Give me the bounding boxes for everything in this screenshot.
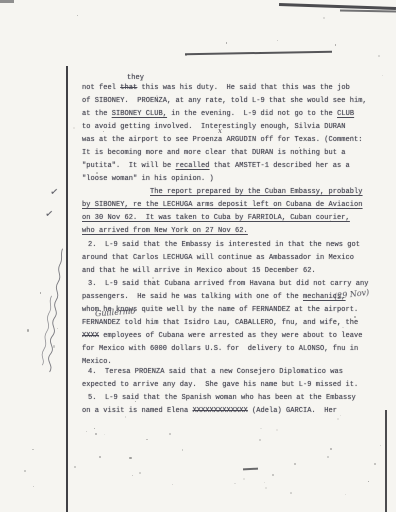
underlined-text: recalled bbox=[176, 162, 210, 170]
typed-text: for Mexico with 6000 dollars U.S. for de… bbox=[82, 345, 358, 353]
noise-speck bbox=[172, 484, 173, 485]
typed-text: 3. L-9 said that Cubana arrived from Hav… bbox=[88, 280, 369, 288]
typed-text: 5. L-9 said that the Spanish woman who h… bbox=[88, 394, 356, 402]
typed-text: in the evening. L-9 did not go to the bbox=[167, 110, 337, 118]
typed-line: 4. Teresa PROENZA said that a new Consej… bbox=[88, 368, 343, 377]
noise-speck bbox=[260, 428, 262, 430]
typed-line: XXXX employees of Cubana were arrested a… bbox=[82, 332, 363, 341]
noise-speck bbox=[74, 466, 76, 468]
noise-speck bbox=[263, 150, 265, 152]
typed-text: this was his duty. He said that this was… bbox=[137, 84, 350, 92]
noise-speck bbox=[24, 470, 26, 472]
margin-check-mark-1: ✓ bbox=[49, 186, 59, 198]
noise-speck bbox=[374, 463, 376, 465]
typed-text: FERNANDEZ told him that Isidro Lau, CABA… bbox=[82, 319, 358, 327]
margin-check-mark-2: ✓ bbox=[44, 208, 54, 220]
typed-line: The report prepared by the Cuban Embassy… bbox=[150, 188, 363, 197]
typed-text: Mexico. bbox=[82, 358, 112, 366]
noise-speck bbox=[146, 439, 148, 441]
typed-line: who arrived from New York on 27 Nov 62. bbox=[82, 227, 248, 236]
typed-text: and that he will arrive in Mexico about … bbox=[82, 267, 316, 275]
typed-line: Mexico. bbox=[82, 358, 112, 367]
typed-line: at the SIBONEY CLUB, in the evening. L-9… bbox=[82, 110, 354, 119]
noise-speck bbox=[141, 79, 143, 81]
noise-speck bbox=[185, 54, 187, 56]
noise-speck bbox=[234, 151, 236, 153]
noise-speck bbox=[96, 172, 98, 174]
handwritten-date-note: (29 Nov) bbox=[334, 288, 370, 301]
typed-text: around that Carlos LECHUGA will continue… bbox=[82, 254, 354, 262]
noise-speck bbox=[132, 475, 133, 476]
noise-speck bbox=[323, 17, 324, 18]
right-margin-rule bbox=[385, 410, 387, 512]
typed-text: not feel bbox=[82, 84, 120, 92]
noise-speck bbox=[104, 434, 105, 435]
noise-speck bbox=[169, 433, 171, 435]
typed-text: that AMSTET-1 described her as a bbox=[210, 162, 350, 170]
typed-line: FERNANDEZ told him that Isidro Lau, CABA… bbox=[82, 319, 358, 328]
typed-text: 2. L-9 said that the Embassy is interest… bbox=[88, 241, 360, 249]
underlined-text: The report prepared by the Cuban Embassy… bbox=[150, 188, 363, 196]
typed-line: It is becoming more and more clear that … bbox=[82, 149, 346, 158]
noise-speck bbox=[368, 481, 369, 482]
typed-line: to avoid getting involved. Interestingly… bbox=[82, 123, 346, 132]
noise-speck bbox=[272, 474, 274, 476]
noise-speck bbox=[259, 52, 260, 53]
typed-line: by SIBONEY, re the LECHUGA arms deposit … bbox=[82, 201, 363, 210]
noise-speck bbox=[330, 220, 331, 221]
typed-line: passengers. He said he was talking with … bbox=[82, 293, 346, 302]
typed-text: (Adela) GARCIA. Her bbox=[248, 407, 337, 415]
typed-text: It is becoming more and more clear that … bbox=[82, 149, 346, 157]
typed-line: on a visit is named Elena XXXXXXXXXXXXX … bbox=[82, 407, 337, 416]
noise-speck bbox=[32, 449, 33, 450]
noise-speck bbox=[382, 75, 383, 76]
typed-text: employees of Cubana were arrested as the… bbox=[99, 332, 363, 340]
underlined-text: by SIBONEY, re the LECHUGA arms deposit … bbox=[82, 201, 363, 209]
underlined-text: CLUB bbox=[337, 110, 354, 118]
handwritten-name-note: Guillermo bbox=[95, 307, 136, 319]
struck-text: XXXXXXXXXXXXX bbox=[193, 407, 248, 415]
top-right-scan-streak-2 bbox=[340, 10, 396, 13]
noise-speck bbox=[73, 127, 75, 129]
typed-text: at the bbox=[82, 110, 112, 118]
typed-line: and that he will arrive in Mexico about … bbox=[82, 267, 316, 276]
typed-line: 3. L-9 said that Cubana arrived from Hav… bbox=[88, 280, 369, 289]
typed-text: "loose woman" in his opinion. ) bbox=[82, 175, 214, 183]
underlined-text: SIBONEY CLUB, bbox=[112, 110, 167, 118]
noise-speck bbox=[243, 478, 245, 480]
underlined-text: who arrived from New York on 27 Nov 62. bbox=[82, 227, 248, 235]
scanned-document-page: theynot feel that this was his duty. He … bbox=[0, 0, 396, 512]
typed-text: "putita". It will be bbox=[82, 162, 176, 170]
noise-speck bbox=[99, 456, 101, 458]
typed-line: around that Carlos LECHUGA will continue… bbox=[82, 254, 354, 263]
noise-speck bbox=[125, 416, 127, 418]
typed-line: on 30 Nov 62. It was taken to Cuba by FA… bbox=[82, 214, 350, 223]
typed-text: of SIBONEY. PROENZA, at any rate, told L… bbox=[82, 97, 367, 105]
struck-text: XXXX bbox=[82, 332, 99, 340]
typed-line: was at the airport to see Proenza ARGUDI… bbox=[82, 136, 363, 145]
noise-speck bbox=[53, 345, 55, 347]
noise-speck bbox=[337, 418, 339, 420]
noise-speck bbox=[265, 487, 267, 489]
noise-speck bbox=[294, 217, 296, 219]
noise-speck bbox=[139, 472, 140, 473]
typed-line: "putita". It will be recalled that AMSTE… bbox=[82, 162, 350, 171]
typed-line: 5. L-9 said that the Spanish woman who h… bbox=[88, 394, 356, 403]
typed-text: on a visit is named Elena bbox=[82, 407, 193, 415]
typed-line: expected to arrive any day. She gave his… bbox=[82, 381, 358, 390]
typed-line: "loose woman" in his opinion. ) bbox=[82, 175, 214, 184]
underlined-text: on 30 Nov 62. It was taken to Cuba by FA… bbox=[82, 214, 350, 222]
noise-speck bbox=[378, 55, 380, 57]
noise-speck bbox=[335, 44, 337, 46]
typed-text: 4. Teresa PROENZA said that a new Consej… bbox=[88, 368, 343, 376]
noise-speck bbox=[77, 15, 78, 16]
noise-speck bbox=[354, 316, 356, 318]
typed-line: not feel that this was his duty. He said… bbox=[82, 84, 350, 93]
noise-speck bbox=[294, 463, 296, 465]
noise-speck bbox=[94, 428, 95, 429]
bottom-small-dash bbox=[243, 468, 258, 471]
typed-text: was at the airport to see Proenza ARGUDI… bbox=[82, 136, 363, 144]
noise-speck bbox=[95, 433, 97, 435]
struck-text: that bbox=[120, 84, 137, 92]
noise-speck bbox=[345, 494, 347, 496]
noise-speck bbox=[86, 431, 87, 432]
noise-speck bbox=[135, 401, 136, 402]
noise-speck bbox=[380, 445, 381, 446]
noise-speck bbox=[276, 429, 278, 431]
typed-line: for Mexico with 6000 dollars U.S. for de… bbox=[82, 345, 358, 354]
top-left-edge-mark bbox=[0, 0, 14, 3]
noise-speck bbox=[277, 40, 278, 41]
noise-speck bbox=[33, 486, 34, 487]
noise-speck bbox=[330, 448, 332, 450]
noise-speck bbox=[204, 258, 205, 259]
typed-text: expected to arrive any day. She gave his… bbox=[82, 381, 358, 389]
noise-speck bbox=[129, 457, 131, 459]
typed-text: passengers. He said he was talking with … bbox=[82, 293, 303, 301]
noise-speck bbox=[234, 483, 236, 485]
noise-speck bbox=[290, 492, 292, 494]
noise-speck bbox=[226, 42, 228, 44]
top-right-scan-streak bbox=[279, 3, 396, 10]
noise-speck bbox=[67, 326, 68, 327]
noise-speck bbox=[57, 328, 58, 329]
noise-speck bbox=[152, 277, 153, 278]
noise-speck bbox=[182, 449, 184, 451]
typed-text: to avoid getting involved. Interestingly… bbox=[82, 123, 346, 131]
handwritten-caret-mark: x bbox=[218, 127, 222, 135]
typed-line: of SIBONEY. PROENZA, at any rate, told L… bbox=[82, 97, 367, 106]
noise-speck bbox=[340, 415, 341, 416]
noise-speck bbox=[27, 329, 29, 331]
noise-speck bbox=[158, 306, 160, 308]
typed-line: 2. L-9 said that the Embassy is interest… bbox=[88, 241, 360, 250]
noise-speck bbox=[342, 327, 344, 329]
noise-speck bbox=[327, 456, 329, 458]
noise-speck bbox=[299, 147, 300, 148]
noise-speck bbox=[259, 439, 261, 441]
noise-speck bbox=[264, 482, 265, 483]
